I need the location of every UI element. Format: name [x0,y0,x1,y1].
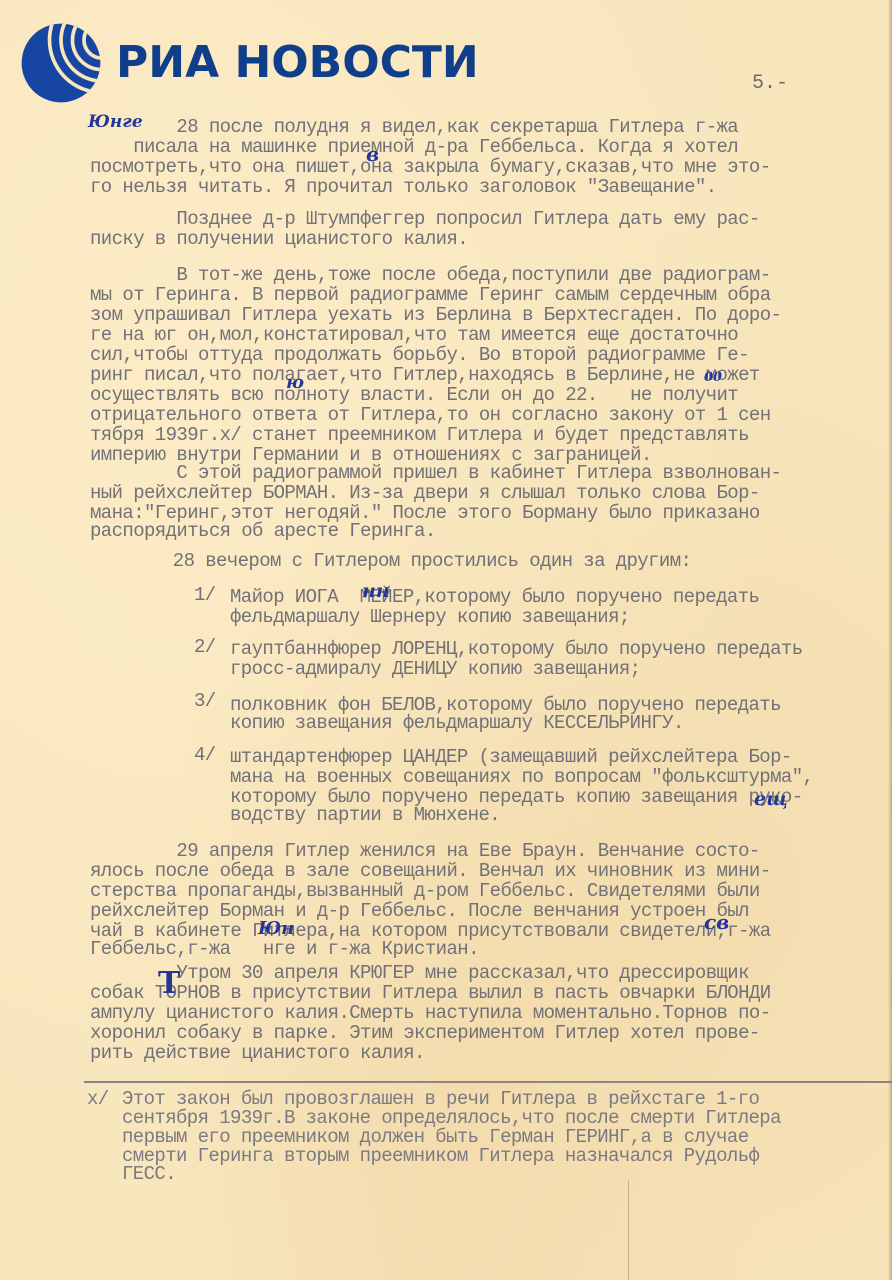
list-number: 3/ [194,692,216,712]
text-line: отрицательного ответа от Гитлера,то он с… [90,406,771,426]
paper-edge [888,0,892,1280]
text-line: ГЕСС. [122,1165,176,1184]
handwritten-insert: нн [362,580,390,602]
text-line: посмотреть,что она пишет,она закрыла бум… [90,158,771,178]
text-line: ный рейхслейтер БОРМАН. Из-за двери я сл… [90,484,760,504]
text-line: ялось после обеда в зале совещаний. Венч… [90,862,771,882]
list-intro: 28 вечером с Гитлером простились один за… [108,552,691,572]
watermark-logo: РИА НОВОСТИ [20,22,479,104]
handwritten-insert: ю [286,372,304,393]
footnote-body: Этот закон был провозглашен в речи Гитле… [122,1090,165,1223]
text-line: сил,чтобы оттуда продолжать борьбу. Во в… [90,346,749,366]
page-number: 5.- [752,72,788,95]
text-line: ампулу цианистого калия.Смерть наступила… [90,1004,771,1024]
handwritten-insert: ещ [754,788,788,810]
text-line: фельдмаршалу Шернеру копию завещания; [230,608,630,628]
footnote: x/ Этот закон был провозглашен в речи Ги… [87,1090,892,1147]
list-number: 2/ [194,638,216,658]
text-line: зом упрашивал Гитлера уехать из Берлина … [90,306,781,326]
text-line: собак ТОРНОВ в присутствии Гитлера вылил… [90,984,771,1004]
text-line: осуществлять всю полноту власти. Если он… [90,386,738,406]
text-line: Позднее д-р Штумпфеггер попросил Гитлера… [90,210,760,230]
text-line: хоронил собаку в парке. Этим эксперимент… [90,1024,760,1044]
text-line: стерства пропаганды,вызванный д-ром Гебб… [90,882,760,902]
text-line: Майор ИОГА МЕЙЕР,которому было поручено … [230,588,759,608]
text-line: 28 после полудня я видел,как секретарша … [90,118,738,138]
text-line: штандартенфюрер ЦАНДЕР (замещавший рейхс… [230,748,792,768]
text-line: ге на юг он,мол,констатировал,что там им… [90,326,738,346]
handwritten-insert: в [366,142,379,166]
brand-name: РИА НОВОСТИ [116,41,479,85]
text-line: писала на машинке приемной д-ра Геббельс… [90,138,738,158]
footnote-divider [84,1081,892,1083]
text-line: Утром 30 апреля КРЮГЕР мне рассказал,что… [90,964,749,984]
text-line: водству партии в Мюнхене. [230,806,500,826]
handwritten-insert: Юн [258,918,294,939]
text-line: копию завещания фельдмаршалу КЕССЕЛЬРИНГ… [230,714,684,734]
paper-crease [628,1180,629,1280]
text-line: тября 1939г.x/ станет преемником Гитлера… [90,426,749,446]
handwritten-note-junge: Юнге [88,112,143,132]
list-number: 1/ [194,586,216,606]
text-line: го нельзя читать. Я прочитал только заго… [90,178,717,198]
text-line: распорядиться об аресте Геринга. [90,522,436,542]
handwritten-insert: Т [158,966,180,1001]
text-line: писку в получении цианистого калия. [90,230,468,250]
handwritten-insert: св [704,910,729,934]
text-line: Геббельс,г-жа нге и г-жа Кристиан. [90,940,479,960]
text-line: смерти Геринга вторым преемником Гитлера… [122,1147,759,1166]
text-line: 29 апреля Гитлер женился на Еве Браун. В… [90,842,760,862]
text-line: мы от Геринга. В первой радиограмме Гери… [90,286,771,306]
text-line: рить действие цианистого калия. [90,1044,425,1064]
ria-novosti-globe-icon [20,22,102,104]
text-line: рейхслейтер Борман и д-р Геббельс. После… [90,902,749,922]
text-line: С этой радиограммой пришел в кабинет Гит… [90,464,781,484]
list-number: 4/ [194,746,216,766]
handwritten-time-superscript: 00 [704,370,722,385]
text-line: мана на военных совещаниях по вопросам "… [230,768,813,788]
text-line: гросс-адмиралу ДЕНИЦУ копию завещания; [230,660,640,680]
text-line: В тот-же день,тоже после обеда,поступили… [90,266,771,286]
footnote-mark: x/ [87,1090,109,1109]
text-line: ринг писал,что полагает,что Гитлер,наход… [90,366,760,386]
text-line: гауптбаннфюрер ЛОРЕНЦ,которому было пору… [230,640,803,660]
